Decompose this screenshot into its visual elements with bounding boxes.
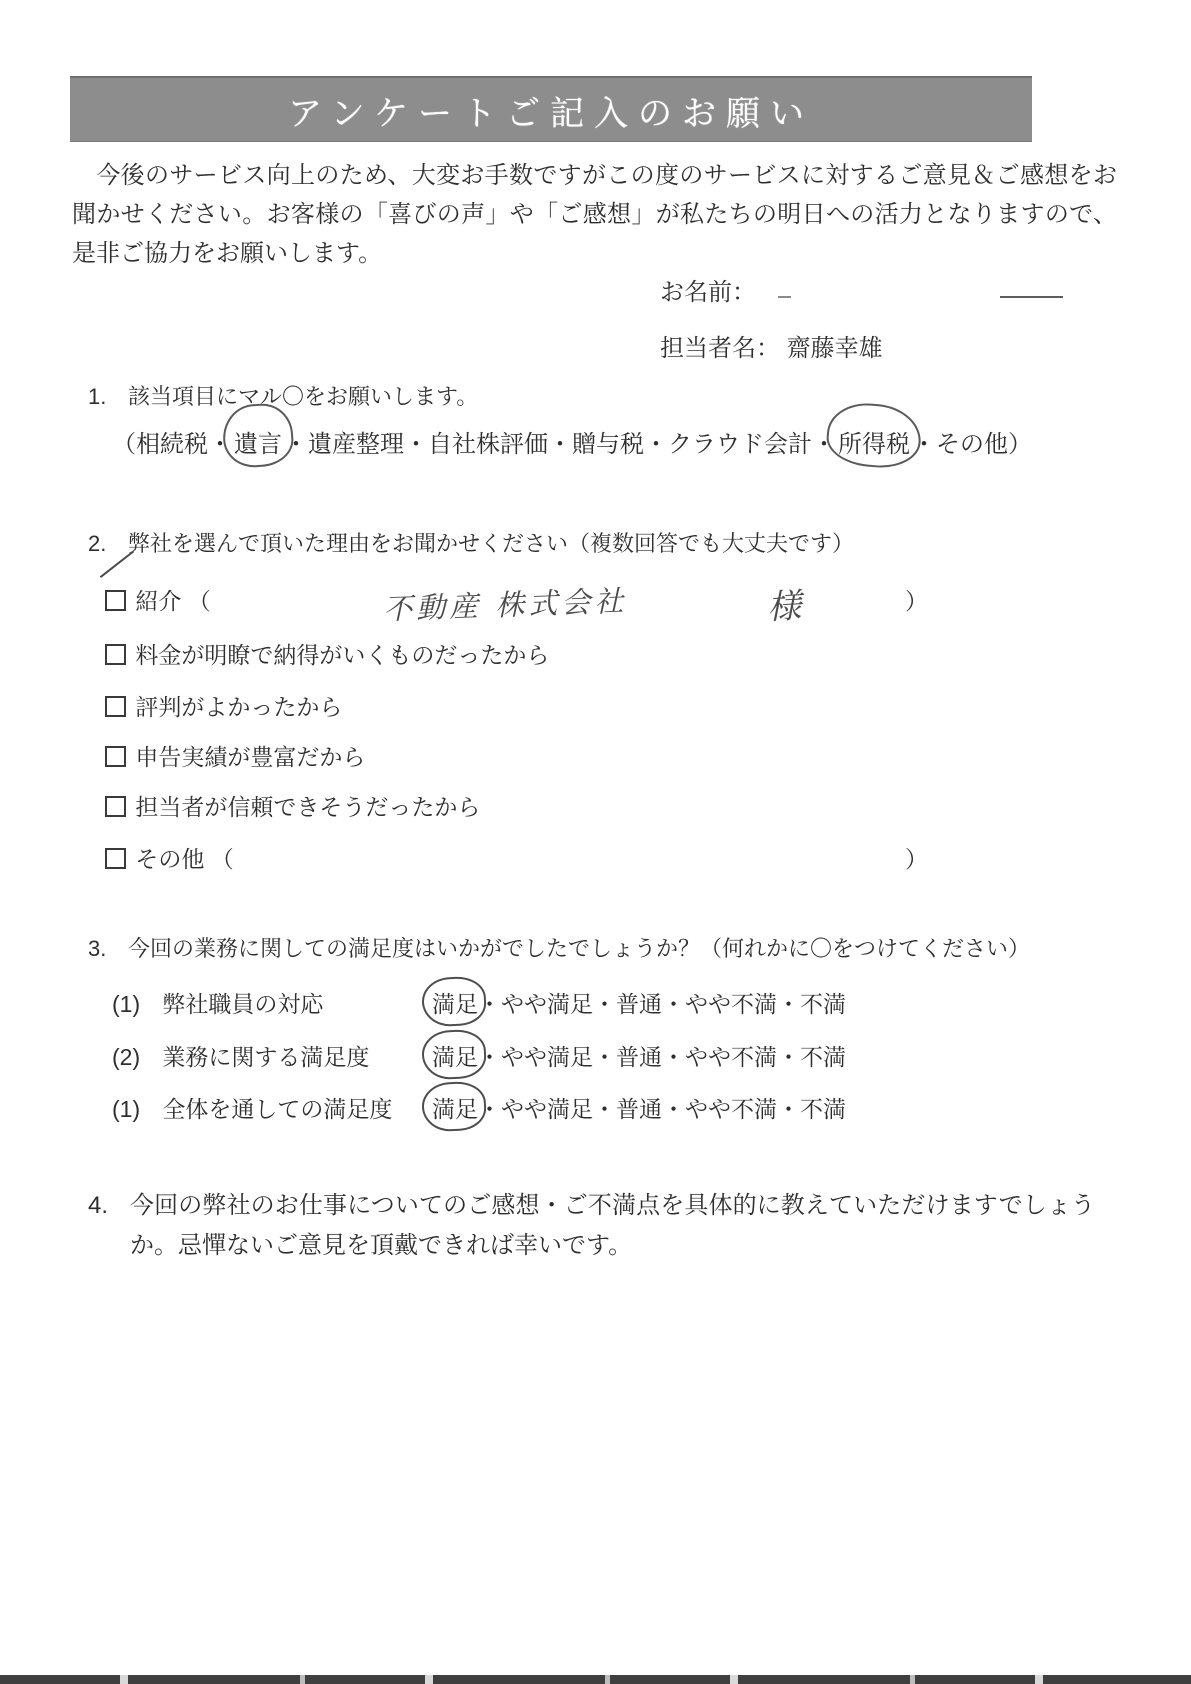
q2-heading: 2.弊社を選んで頂いた理由をお聞かせください（複数回答でも大丈夫です）	[88, 527, 854, 558]
checkbox[interactable]	[105, 796, 126, 817]
q2-option-label: 紹介	[135, 588, 181, 614]
page-title: アンケートご記入のお願い	[288, 86, 814, 135]
open-paren: （	[211, 846, 234, 872]
q3-title: 今回の業務に関しての満足度はいかがでしたでしょうか？（何れかに〇をつけてください…	[128, 936, 1030, 961]
checkbox-checked[interactable]	[105, 590, 126, 611]
q3-row-options: 満足・やや満足・普通・やや不満・不満	[432, 986, 846, 1019]
q2-option-row-trust: 担当者が信頼できそうだったから	[105, 789, 1085, 829]
handwritten-honorific: 様	[766, 578, 803, 629]
q1-options-post: ・その他）	[912, 431, 1032, 458]
checkbox[interactable]	[105, 848, 126, 869]
name-row: お名前：	[660, 272, 883, 302]
q3-selected-circled[interactable]: 満足	[432, 1039, 478, 1072]
q2-option-row-track-record: 申告実績が豊富だから	[105, 739, 1085, 779]
scan-edge-artifact	[0, 1675, 1191, 1684]
close-paren: ）	[905, 841, 928, 874]
q4-title: 今回の弊社のお仕事についてのご感想・ご不満点を具体的に教えていただけますでしょう…	[130, 1186, 1095, 1266]
q2-option-label: 担当者が信頼できそうだったから	[135, 794, 480, 820]
checkbox[interactable]	[105, 644, 126, 665]
q3-row-work-satisfaction: (2) 業務に関する満足度 満足・やや満足・普通・やや不満・不満	[112, 1039, 1112, 1081]
q2-option-row-referral: 紹介 （ 不動産 株式会社 様 ）	[105, 583, 1085, 623]
q1-option-circled-yuigon[interactable]: 遺言	[232, 424, 284, 459]
q1-title: 該当項目にマル〇をお願いします。	[128, 384, 478, 409]
title-banner: アンケートご記入のお願い	[70, 76, 1032, 142]
survey-form-page: アンケートご記入のお願い 今後のサービス向上のため、大変お手数ですがこの度のサー…	[0, 0, 1191, 1684]
checkbox[interactable]	[105, 746, 126, 767]
close-paren: ）	[905, 583, 928, 616]
q3-row-number: (1)	[112, 991, 156, 1018]
q2-option-label: 料金が明瞭で納得がいくものだったから	[135, 642, 549, 668]
q2-number: 2.	[88, 531, 128, 557]
q3-row-overall-satisfaction: (1) 全体を通しての満足度 満足・やや満足・普通・やや不満・不満	[112, 1091, 1112, 1133]
q2-option-label: 申告実績が豊富だから	[135, 744, 365, 770]
q2-title: 弊社を選んで頂いた理由をお聞かせください（複数回答でも大丈夫です）	[128, 531, 854, 556]
q3-heading: 3.今回の業務に関しての満足度はいかがでしたでしょうか？（何れかに〇をつけてくだ…	[88, 932, 1030, 963]
q3-remaining-options: ・やや満足・普通・やや不満・不満	[478, 991, 846, 1017]
handwritten-company-name: 不動産 株式会社	[382, 579, 628, 628]
q3-row-number: (1)	[112, 1096, 156, 1123]
q3-selected-circled[interactable]: 満足	[432, 986, 478, 1019]
intro-paragraph: 今後のサービス向上のため、大変お手数ですがこの度のサービスに対するご意見＆ご感想…	[72, 156, 1117, 273]
q2-option-label: その他	[135, 846, 204, 872]
q3-row-number: (2)	[112, 1044, 156, 1071]
q4-number: 4.	[88, 1186, 130, 1266]
q2-option-label: 評判がよかったから	[135, 694, 342, 720]
q1-options-mid: ・遺産整理・自社株評価・贈与税・クラウド会計・	[284, 431, 836, 458]
q1-options-line: （相続税・遺言・遺産整理・自社株評価・贈与税・クラウド会計・所得税・その他）	[112, 424, 1032, 459]
q4-heading: 4. 今回の弊社のお仕事についてのご感想・ご不満点を具体的に教えていただけますで…	[88, 1186, 1098, 1266]
pen-mark	[778, 296, 791, 298]
q2-option-row-other: その他 （ ）	[105, 841, 1085, 881]
q1-options-pre: （相続税・	[112, 431, 232, 458]
q2-option-row-reputation: 評判がよかったから	[105, 689, 1085, 729]
q3-row-options: 満足・やや満足・普通・やや不満・不満	[432, 1039, 846, 1072]
checkbox[interactable]	[105, 696, 126, 717]
open-paren: （	[188, 588, 211, 614]
q3-number: 3.	[88, 936, 128, 962]
q3-row-label: 業務に関する満足度	[162, 1044, 369, 1070]
q3-row-options: 満足・やや満足・普通・やや不満・不満	[432, 1091, 846, 1124]
name-underline[interactable]	[1000, 296, 1063, 298]
q3-row-staff-response: (1) 弊社職員の対応 満足・やや満足・普通・やや不満・不満	[112, 986, 1112, 1028]
staff-row: 担当者名： 齋藤幸雄	[660, 328, 883, 358]
name-block: お名前： 担当者名： 齋藤幸雄	[660, 272, 883, 358]
name-label: お名前：	[660, 279, 756, 306]
staff-label: 担当者名：	[660, 335, 780, 362]
q2-option-row-price: 料金が明瞭で納得がいくものだったから	[105, 637, 1085, 677]
q3-remaining-options: ・やや満足・普通・やや不満・不満	[478, 1044, 846, 1070]
q1-heading: 1.該当項目にマル〇をお願いします。	[88, 380, 478, 411]
staff-value: 齋藤幸雄	[787, 335, 883, 362]
q3-remaining-options: ・やや満足・普通・やや不満・不満	[478, 1096, 846, 1122]
q3-row-label: 全体を通しての満足度	[162, 1096, 392, 1122]
q3-selected-circled[interactable]: 満足	[432, 1091, 478, 1124]
q3-row-label: 弊社職員の対応	[162, 991, 323, 1017]
q1-option-circled-shotokuzei[interactable]: 所得税	[836, 424, 912, 459]
q1-number: 1.	[88, 384, 128, 410]
